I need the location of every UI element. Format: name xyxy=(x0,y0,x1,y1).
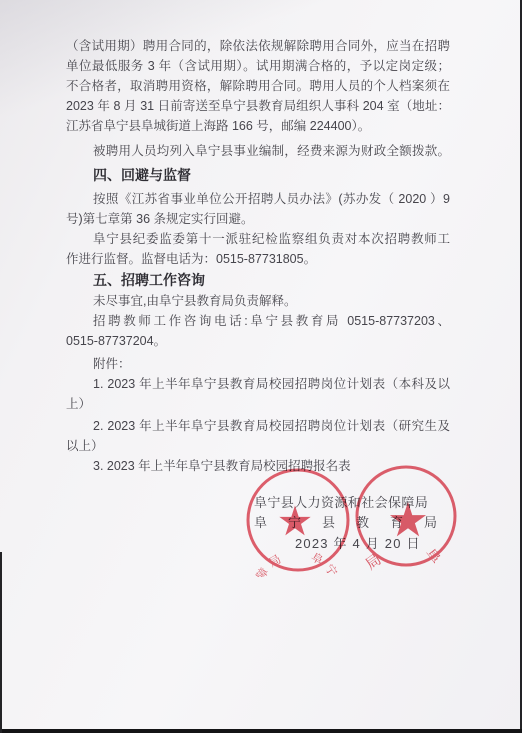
doc-line: 被聘用人员均列入阜宁县事业编制，经费来源为财政全额拨款。 xyxy=(66,141,450,161)
official-stamp-hrss: 阜宁县人力资源和社会保障局 xyxy=(242,463,354,577)
scanned-document-page: （含试用期）聘用合同的，除依法依规解除聘用合同外，应当在招聘 单位最低服务 3 … xyxy=(0,0,522,733)
doc-line: 江苏省阜宁县阜城街道上海路 166 号，邮编 224400）。 xyxy=(66,116,450,136)
scan-edge-bottom xyxy=(0,729,522,733)
attachments-label: 附件： xyxy=(66,354,450,374)
doc-line: 阜宁县纪委监委第十一派驻纪检监察组负责对本次招聘教师工 xyxy=(66,229,450,249)
attachment-item-2-cont: 以上） xyxy=(66,436,450,456)
doc-line: 2023 年 8 月 31 日前寄送至阜宁县教育局组织人事科 204 室（地址： xyxy=(66,96,450,116)
section-heading-consultation: 五、招聘工作咨询 xyxy=(66,269,450,291)
doc-line: 单位最低服务 3 年（含试用期）。试用期满合格的，予以定岗定级； xyxy=(66,56,450,76)
star-icon xyxy=(390,502,426,536)
star-icon xyxy=(279,506,310,536)
document-body: （含试用期）聘用合同的，除依法依规解除聘用合同外，应当在招聘 单位最低服务 3 … xyxy=(66,36,450,476)
doc-line: 号)第七章第 36 条规定实行回避。 xyxy=(66,209,450,229)
stamp-ring-text: 阜宁县教育局 xyxy=(355,539,459,572)
official-stamp-education: 阜宁县教育局 xyxy=(351,462,461,572)
attachment-item-1: 1. 2023 年上半年阜宁县教育局校园招聘岗位计划表（本科及以 xyxy=(66,374,450,394)
doc-line: 未尽事宜,由阜宁县教育局负责解释。 xyxy=(66,291,450,311)
doc-line: 不合格者，取消聘用资格，解除聘用合同。聘用人员的个人档案须在 xyxy=(66,76,450,96)
doc-line-consult-phone: 招聘教师工作咨询电话:阜宁县教育局 0515-87737203、 xyxy=(66,311,450,331)
doc-line-consult-phone-2: 0515-87737204。 xyxy=(66,331,450,351)
section-heading-recusal-supervision: 四、回避与监督 xyxy=(66,164,450,186)
attachment-item-1-cont: 上） xyxy=(66,394,450,414)
attachment-item-2: 2. 2023 年上半年阜宁县教育局校园招聘岗位计划表（研究生及 xyxy=(66,416,450,436)
scan-edge-left xyxy=(0,552,2,733)
doc-line-supervision-phone: 作进行监督。监督电话为：0515-87731805。 xyxy=(66,249,450,269)
doc-line: 按照《江苏省事业单位公开招聘人员办法》(苏办发（ 2020 ）9 xyxy=(66,189,450,209)
doc-line: （含试用期）聘用合同的，除依法依规解除聘用合同外，应当在招聘 xyxy=(66,36,450,56)
